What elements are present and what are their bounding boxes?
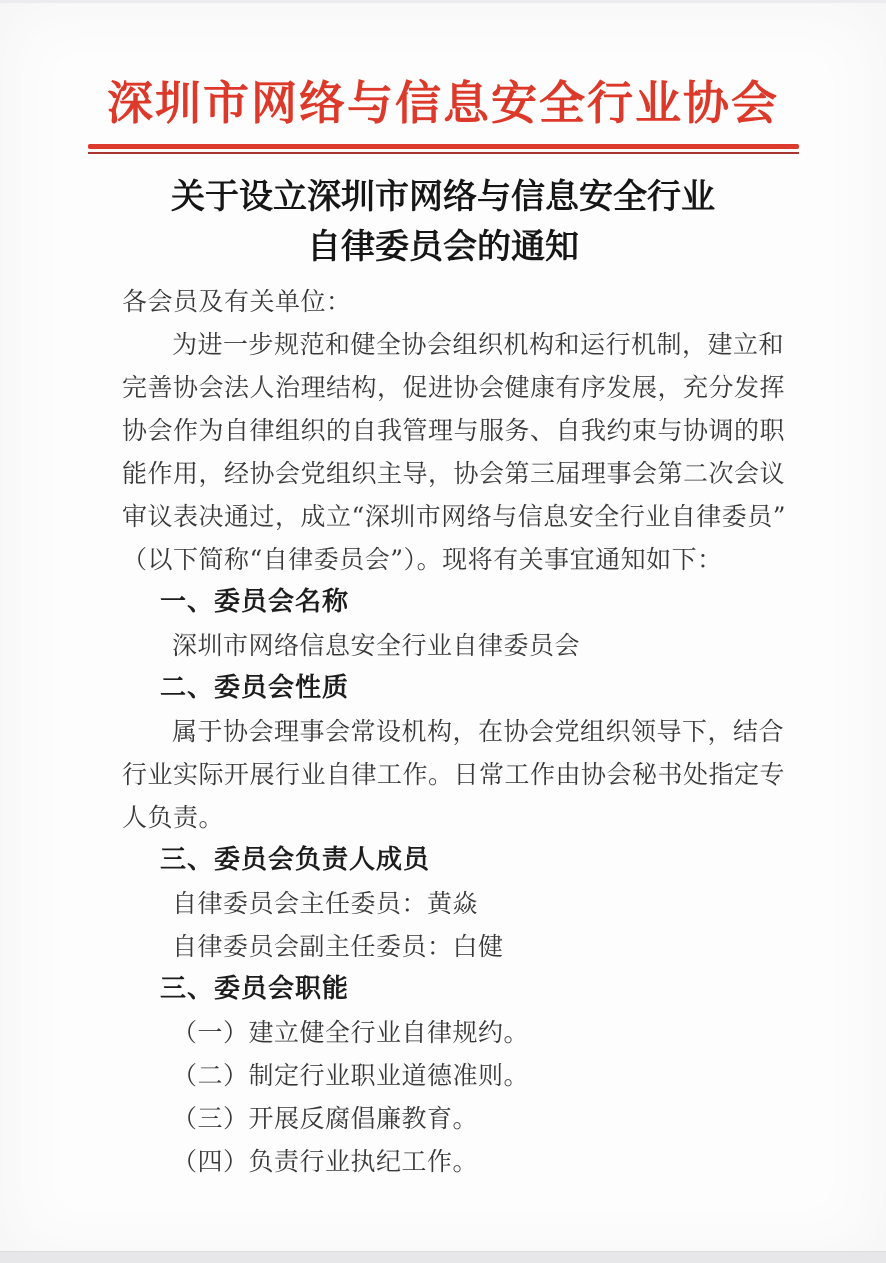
function-item-1: （一）建立健全行业自律规约。 xyxy=(122,1011,782,1054)
paragraph-line: （以下简称“自律委员会”）。现将有关事宜通知如下： xyxy=(122,538,782,581)
photo-edge-bottom xyxy=(0,1251,886,1263)
paragraph-line: 行业实际开展行业自律工作。日常工作由协会秘书处指定专 xyxy=(122,753,782,796)
paragraph-line: 属于协会理事会常设机构，在协会党组织领导下，结合 xyxy=(122,710,782,753)
paragraph-line: 人负责。 xyxy=(122,796,782,839)
divider-thick-line xyxy=(88,144,799,149)
org-name-header: 深圳市网络与信息安全行业协会 xyxy=(0,74,886,132)
document-page: 深圳市网络与信息安全行业协会 关于设立深圳市网络与信息安全行业 自律委员会的通知… xyxy=(0,0,886,1263)
photo-edge-top xyxy=(0,0,886,3)
paragraph-line: 为进一步规范和健全协会组织机构和运行机制，建立和 xyxy=(122,323,782,366)
committee-name-line: 深圳市网络信息安全行业自律委员会 xyxy=(122,624,782,667)
function-item-3: （三）开展反腐倡廉教育。 xyxy=(122,1097,782,1140)
paragraph-line: 协会作为自律组织的自我管理与服务、自我约束与协调的职 xyxy=(122,409,782,452)
document-body: 各会员及有关单位： 为进一步规范和健全协会组织机构和运行机制，建立和 完善协会法… xyxy=(122,280,782,1183)
paragraph-line: 能作用，经协会党组织主导，协会第三届理事会第二次会议 xyxy=(122,452,782,495)
function-item-2: （二）制定行业职业道德准则。 xyxy=(122,1054,782,1097)
notice-title-line2: 自律委员会的通知 xyxy=(0,222,886,272)
paragraph-line: 审议表决通过，成立“深圳市网络与信息安全行业自律委员” xyxy=(122,495,782,538)
section-heading-members: 三、委员会负责人成员 xyxy=(122,839,782,882)
salutation-line: 各会员及有关单位： xyxy=(122,280,782,323)
function-item-4: （四）负责行业执纪工作。 xyxy=(122,1140,782,1183)
notice-title: 关于设立深圳市网络与信息安全行业 自律委员会的通知 xyxy=(0,172,886,272)
letterhead-divider xyxy=(88,144,799,154)
divider-thin-line xyxy=(88,152,799,154)
notice-title-line1: 关于设立深圳市网络与信息安全行业 xyxy=(0,172,886,222)
paragraph-line: 完善协会法人治理结构，促进协会健康有序发展，充分发挥 xyxy=(122,366,782,409)
section-heading-functions: 三、委员会职能 xyxy=(122,968,782,1011)
section-heading-name: 一、委员会名称 xyxy=(122,581,782,624)
section-heading-nature: 二、委员会性质 xyxy=(122,667,782,710)
chairman-line: 自律委员会主任委员：黄焱 xyxy=(122,882,782,925)
vice-chairman-line: 自律委员会副主任委员：白健 xyxy=(122,925,782,968)
